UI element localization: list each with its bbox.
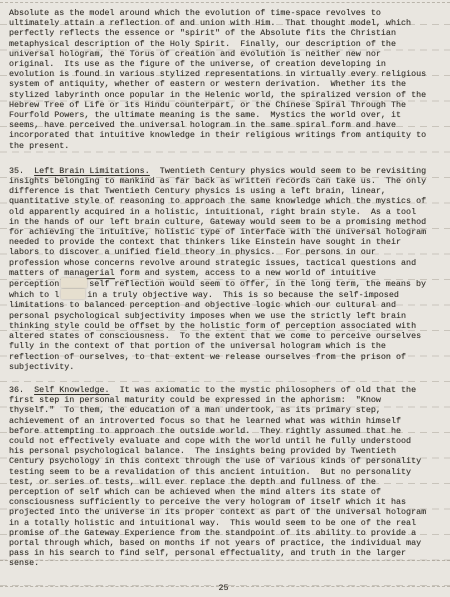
paragraph-36: 36. Self Knowledge. It was axiomatic to … <box>9 385 438 569</box>
whiteout-correction-mark <box>61 278 87 288</box>
paragraph-text: Absolute as the model around which the e… <box>9 8 426 151</box>
scan-artifact-line <box>0 586 450 587</box>
document-page: Absolute as the model around which the e… <box>0 0 450 597</box>
whiteout-correction-mark <box>61 289 85 299</box>
paragraph-heading: Self Knowledge. <box>34 385 109 395</box>
paragraph-continuation: Absolute as the model around which the e… <box>9 8 438 151</box>
paragraph-heading: Left Brain Limitations. <box>34 166 150 176</box>
paragraph-number: 36. <box>9 385 34 395</box>
page-number: 25 <box>9 583 438 593</box>
paragraph-35: 35. Left Brain Limitations. Twentieth Ce… <box>9 166 438 372</box>
paragraph-text: It was axiomatic to the mystic philosoph… <box>9 385 426 568</box>
scan-artifact-line <box>0 2 450 3</box>
paragraph-number: 35. <box>9 166 34 176</box>
paragraph-text: in a truly objective way. This is so bec… <box>9 290 421 371</box>
scan-artifact-line <box>0 560 450 561</box>
paragraph-text: Twentieth Century physics would seem to … <box>9 166 426 278</box>
